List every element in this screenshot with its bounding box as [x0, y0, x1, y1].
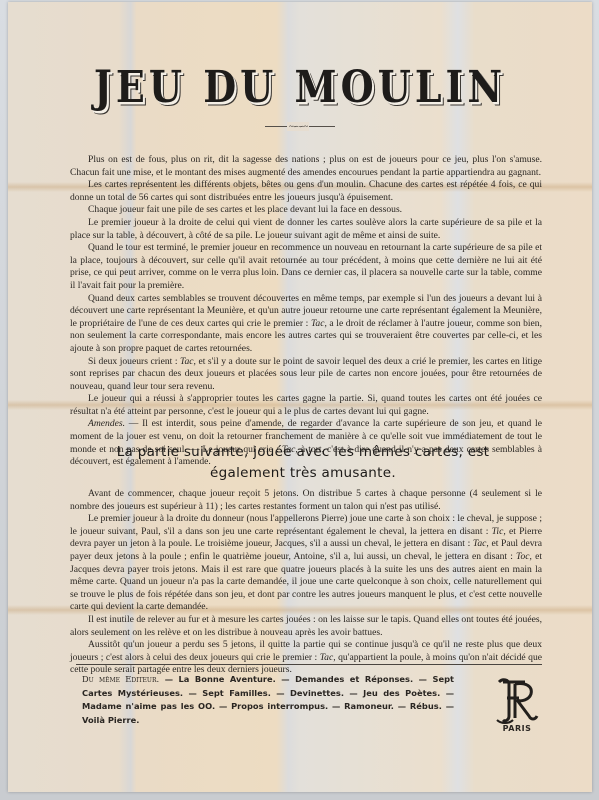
publisher-catalogue: Du même Editeur. — La Bonne Aventure. — … [82, 673, 454, 727]
rules-paragraph: Si deux joueurs crient : Tac, et s'il y … [70, 356, 542, 394]
publisher-monogram-icon [495, 676, 539, 726]
rules-section-1: Plus on est de fous, plus on rit, dit la… [70, 154, 542, 469]
game-call: Tac [473, 538, 487, 549]
game-rules-sheet: JEU DU MOULIN ~∽∽~ Plus on est de fous, … [8, 2, 592, 792]
game-call: Tac [320, 652, 334, 663]
game-call: Tac [311, 318, 325, 329]
ornament-flourish: ~∽∽~ [287, 122, 309, 131]
rules-paragraph: Le premier joueur à la droite de celui q… [70, 217, 542, 242]
rules-paragraph: Aussitôt qu'un joueur a perdu ses 5 jeto… [70, 639, 542, 677]
rules-paragraph: Plus on est de fous, plus on rit, dit la… [70, 154, 542, 179]
rules-paragraph: Il est inutile de relever au fur et à me… [70, 614, 542, 639]
section-divider [252, 429, 342, 430]
rules-paragraph: Les cartes représentent les différents o… [70, 179, 542, 204]
section-2-heading: La partie suivante, jouée avec les mêmes… [88, 442, 518, 484]
rules-paragraph: Quand le tour est terminé, le premier jo… [70, 242, 542, 292]
rules-paragraph: Avant de commencer, chaque joueur reçoit… [70, 488, 542, 513]
rules-section-2: Avant de commencer, chaque joueur reçoit… [70, 488, 542, 677]
publisher-label: Du même Editeur. [82, 674, 159, 684]
rules-paragraph: Le joueur qui a réussi à s'approprier to… [70, 393, 542, 418]
game-call: Toc [516, 551, 530, 562]
game-call: Tac [180, 356, 194, 367]
game-call: Tic [492, 526, 504, 537]
document-title: JEU DU MOULIN [8, 61, 592, 113]
paragraph-lead: Amendes. [88, 418, 125, 429]
rules-paragraph: Quand deux cartes semblables se trouvent… [70, 293, 542, 356]
title-ornament: ~∽∽~ [265, 126, 335, 133]
footer-divider [76, 664, 542, 665]
rules-paragraph: Chaque joueur fait une pile de ses carte… [70, 204, 542, 217]
rules-paragraph: Le premier joueur à la droite du donneur… [70, 513, 542, 614]
publisher-city: PARIS [491, 724, 543, 733]
